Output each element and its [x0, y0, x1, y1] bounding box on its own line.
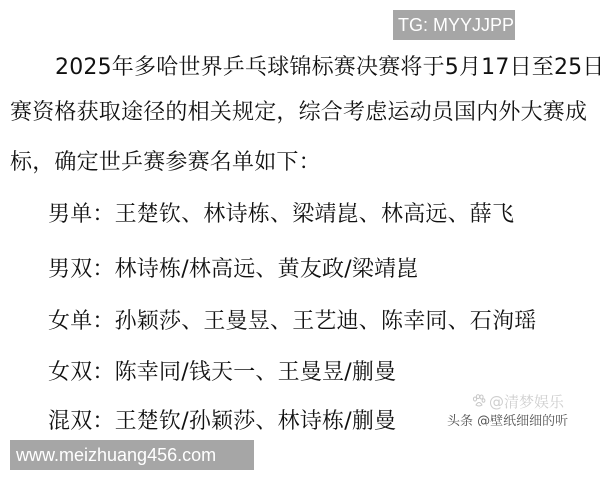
telegram-watermark-badge: TG: MYYJJPP: [393, 10, 515, 40]
player-list: 孙颖莎、王曼昱、王艺迪、陈幸同、石洵瑶: [115, 309, 537, 334]
source-watermark: 头条 @壁纸细细的听: [447, 414, 568, 426]
roster-womens-doubles: 女双：陈幸同/钱天一、王曼昱/蒯曼: [48, 358, 396, 388]
event-label: 男双：: [48, 257, 115, 282]
website-watermark-badge: www.meizhuang456.com: [10, 440, 254, 470]
roster-mens-singles: 男单：王楚钦、林诗栋、梁靖崑、林高远、薛飞: [48, 200, 514, 230]
intro-line-1: 2025年多哈世界乒乓球锦标赛决赛将于5月17日至25日: [55, 53, 600, 83]
brand-watermark-text: @清梦娱乐: [489, 393, 564, 411]
player-list: 王楚钦/孙颖莎、林诗栋/蒯曼: [115, 409, 397, 431]
player-list: 林诗栋/林高远、黄友政/梁靖崑: [115, 257, 419, 282]
paw-icon: [472, 394, 486, 408]
roster-womens-singles: 女单：孙颖莎、王曼昱、王艺迪、陈幸同、石洵瑶: [48, 307, 536, 337]
event-label: 女双：: [48, 360, 115, 385]
player-list: 王楚钦、林诗栋、梁靖崑、林高远、薛飞: [115, 202, 515, 227]
event-label: 女单：: [48, 309, 115, 334]
intro-line-2: 赛资格获取途径的相关规定，综合考虑运动员国内外大赛成: [10, 98, 587, 128]
brand-watermark: @清梦娱乐: [472, 393, 564, 411]
intro-line-3: 标，确定世乒赛参赛名单如下：: [10, 148, 321, 178]
event-label: 男单：: [48, 202, 115, 227]
roster-mixed-doubles-clip: 混双：王楚钦/孙颖莎、林诗栋/蒯曼: [0, 405, 440, 431]
roster-mixed-doubles: 混双：王楚钦/孙颖莎、林诗栋/蒯曼: [48, 407, 396, 431]
roster-mens-doubles: 男双：林诗栋/林高远、黄友政/梁靖崑: [48, 255, 418, 285]
event-label: 混双：: [48, 409, 115, 431]
player-list: 陈幸同/钱天一、王曼昱/蒯曼: [115, 360, 397, 385]
source-watermark-clip: 头条 @壁纸细细的听: [447, 414, 597, 426]
